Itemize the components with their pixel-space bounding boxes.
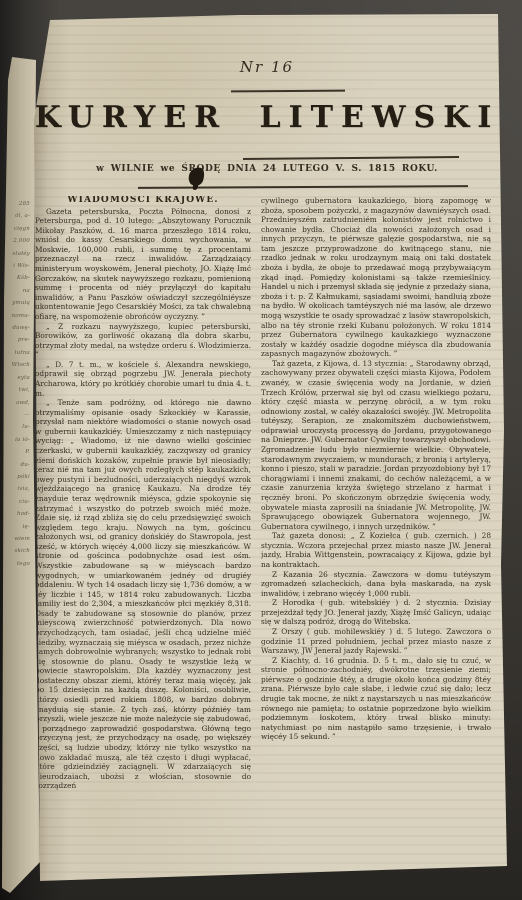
edge-text-fragment: —	[0, 409, 30, 421]
edge-text-fragment: 2,000	[0, 235, 30, 247]
issue-number: Nr 16	[34, 58, 500, 76]
edge-text-fragment: ymuią	[0, 297, 30, 309]
paragraph: cywilnego gubernatora kaukazkiego, biorą…	[261, 196, 491, 359]
edge-text-fragment: ciu-	[0, 496, 30, 508]
edge-text-fragment: ivia,	[0, 483, 30, 495]
edge-text-fragment: na	[0, 285, 30, 297]
newspaper-title: KURYER LITEWSKI	[34, 100, 500, 135]
photographed-newspaper-scan: { "masthead": { "issue_label": "Nr 16", …	[0, 0, 522, 900]
paragraph: Taż gazeta donosi: „ Z Koziełca ( gub. c…	[261, 531, 491, 569]
edge-text-fragment: dawę-	[0, 322, 30, 334]
edge-text-fragment: stałéy	[0, 248, 30, 260]
edge-text-fragment: wiem	[0, 533, 30, 545]
paragraph: Gazeta petersburska, Poczta Północna, do…	[35, 207, 251, 322]
edge-text-fragment: eyta	[0, 372, 30, 384]
edge-text-fragment: cięgn	[0, 223, 30, 235]
edge-text-fragment: nomu-	[0, 310, 30, 322]
edge-text-fragment: lu-	[0, 421, 30, 433]
edge-text-fragment: awd,	[0, 397, 30, 409]
edge-text-fragment: ól, a-	[0, 210, 30, 222]
paragraph: Taż gazeta, z Kijowa, d. 13 stycznia: „ …	[261, 359, 491, 531]
left-column-text: Gazeta petersburska, Poczta Północna, do…	[35, 207, 251, 791]
edge-text-fragment: Wloch	[0, 359, 30, 371]
paragraph: Z Kiachty, d. 16 grudnia. D. 5 t. m., da…	[261, 656, 491, 742]
edge-text-fragment: pre-	[0, 334, 30, 346]
edge-text-fragment: ia ió-	[0, 434, 30, 446]
paragraph: „ Z rozkazu naywyższego, kupiec petersbu…	[35, 322, 251, 360]
edge-text-fragment: du-	[0, 459, 30, 471]
right-column: cywilnego gubernatora kaukazkiego, biorą…	[261, 196, 491, 796]
right-column-text: cywilnego gubernatora kaukazkiego, biorą…	[261, 196, 491, 742]
paragraph: Z Horodka ( gub. witebskiéy ) d. 2 stycz…	[261, 598, 491, 627]
edge-text-fragment: hod-	[0, 508, 30, 520]
adjacent-page-text-fragments: 285ól, a-cięgn2,000stałéyi Wis-Kśb-naymu…	[0, 198, 30, 570]
edge-text-fragment: Kśb-	[0, 272, 30, 284]
dateline-rule-bottom	[138, 185, 468, 189]
edge-text-fragment: tego	[0, 558, 30, 570]
edge-text-fragment: lutna	[0, 347, 30, 359]
edge-text-fragment: skich	[0, 545, 30, 557]
issue-rule	[231, 90, 345, 92]
section-heading: WIADOMOŚCI KRAJOWE.	[35, 196, 251, 206]
dateline: w WILNIE we ŚRODĘ DNIA 24 LUTEGO V. S. 1…	[34, 164, 500, 174]
paragraph: Z Kazania 26 stycznia. Zawczora w domu t…	[261, 570, 491, 599]
edge-text-fragment: póki	[0, 471, 30, 483]
newspaper-page: Nr 16 KURYER LITEWSKI w WILNIE we ŚRODĘ …	[0, 0, 522, 900]
edge-text-fragment: 285	[0, 198, 30, 210]
edge-text-fragment: ię-	[0, 521, 30, 533]
paragraph: „ Tenże sam podróżny, od którego nie daw…	[35, 398, 251, 791]
left-column: WIADOMOŚCI KRAJOWE. Gazeta petersburska,…	[35, 196, 251, 796]
edge-text-fragment: twi,	[0, 384, 30, 396]
edge-text-fragment: i Wis-	[0, 260, 30, 272]
paragraph: Z Orszy ( gub. mohilewskiéy ) d. 5 luteg…	[261, 627, 491, 656]
edge-text-fragment: P.	[0, 446, 30, 458]
paragraph: „ D. 7 t. m., w kościele ś. Alexandra ne…	[35, 360, 251, 398]
dateline-rule-top	[243, 156, 459, 159]
